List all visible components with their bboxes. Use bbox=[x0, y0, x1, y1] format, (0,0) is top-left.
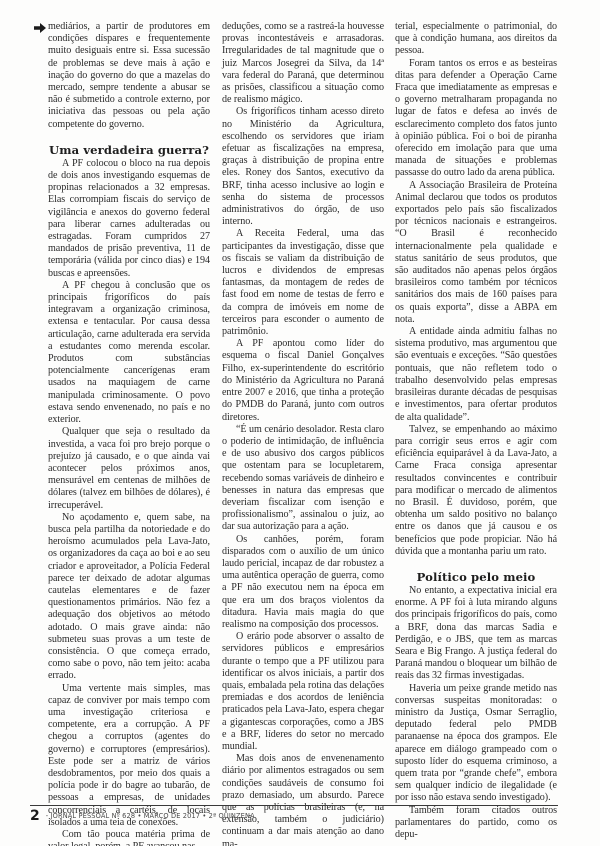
section-heading: Político pelo meio bbox=[395, 571, 557, 584]
article-paragraph: A Associação Brasileira de Proteína Anim… bbox=[395, 180, 557, 326]
article-column-3: terial, especialmente o patrimonial, do … bbox=[395, 21, 557, 841]
article-paragraph: Haveria um peixe grande metido nas conve… bbox=[395, 683, 557, 805]
section-heading: Uma verdadeira guerra? bbox=[48, 144, 210, 157]
article-paragraph: A Receita Federal, uma das participantes… bbox=[222, 228, 384, 338]
article-paragraph: No entanto, a expectativa inicial era en… bbox=[395, 585, 557, 683]
article-paragraph: A PF apontou como líder do esquema o fis… bbox=[222, 338, 384, 423]
article-paragraph: A PF chegou à conclusão que os principai… bbox=[48, 280, 210, 426]
page-footer: 2 - JORNAL PESSOAL Nº 628 • MARÇO DE 201… bbox=[30, 809, 255, 823]
article-paragraph: A entidade ainda admitiu falhas no siste… bbox=[395, 326, 557, 424]
continuation-arrow-icon bbox=[34, 23, 46, 33]
page-number: 2 bbox=[30, 809, 40, 823]
article-paragraph: “É um cenário desolador. Resta claro o p… bbox=[222, 424, 384, 534]
article-paragraph: Também foram citados outros parlamentare… bbox=[395, 805, 557, 842]
article-paragraph: Uma vertente mais simples, mas capaz de … bbox=[48, 683, 210, 829]
article-paragraph: Qualquer que seja o resultado da investi… bbox=[48, 426, 210, 511]
article-paragraph: Os canhões, porém, foram disparados com … bbox=[222, 534, 384, 632]
article-paragraph: Foram tantos os erros e as besteiras dit… bbox=[395, 58, 557, 180]
article-paragraph: Com tão pouca matéria prima de valor leg… bbox=[48, 829, 210, 846]
article-paragraph: O erário pode absorver o assalto de serv… bbox=[222, 631, 384, 753]
article-paragraph: Os frigoríficos tinham acesso direto no … bbox=[222, 106, 384, 228]
article-paragraph: Mas dois anos de envenenamento diário po… bbox=[222, 753, 384, 846]
article-paragraph: mediários, a partir de produtores em con… bbox=[48, 21, 210, 131]
article-paragraph: terial, especialmente o patrimonial, do … bbox=[395, 21, 557, 58]
article-paragraph: deduções, como se a rastreá-la houvesse … bbox=[222, 21, 384, 106]
publication-line: - JORNAL PESSOAL Nº 628 • MARÇO DE 2017 … bbox=[46, 812, 255, 820]
article-column-2: deduções, como se a rastreá-la houvesse … bbox=[222, 21, 384, 846]
article-paragraph: Talvez, se empenhando ao máximo para cor… bbox=[395, 424, 557, 558]
footer-divider bbox=[30, 805, 558, 806]
article-column-1: mediários, a partir de produtores em con… bbox=[48, 21, 210, 846]
article-paragraph: No açodamento e, quem sabe, na busca pel… bbox=[48, 512, 210, 683]
article-paragraph: A PF colocou o bloco na rua depois de do… bbox=[48, 158, 210, 280]
